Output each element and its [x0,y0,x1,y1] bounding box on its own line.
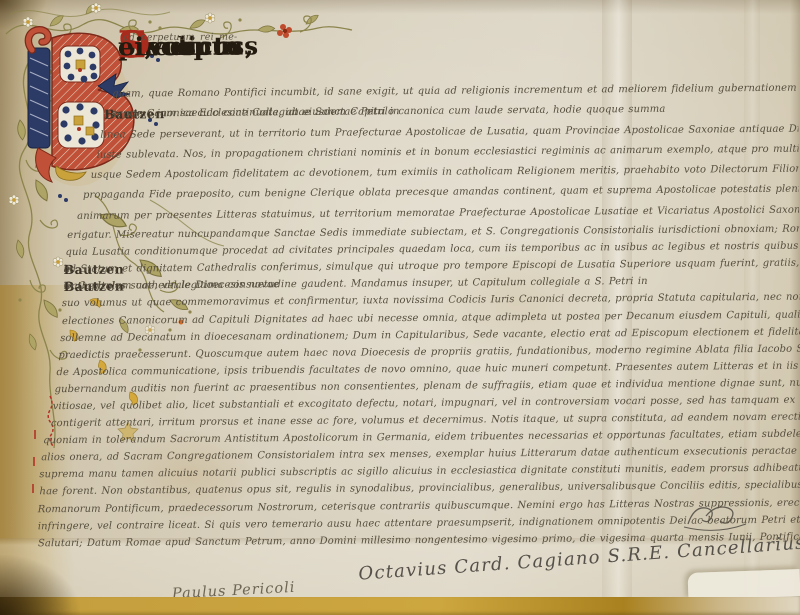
title-continuation-script: ad perpetuam rei me- [123,32,237,44]
bottom-left-corner-shadow [0,555,80,615]
bottom-fold-gold-edge [0,597,800,615]
body-text-block: quam, quae Romano Pontifici incumbit, id… [26,79,800,556]
red-flower-icon [277,24,292,38]
parchment-fold-flap [688,569,800,600]
manuscript-photo: enedictus Episcopus, Servus Servorum Dei… [0,0,800,615]
